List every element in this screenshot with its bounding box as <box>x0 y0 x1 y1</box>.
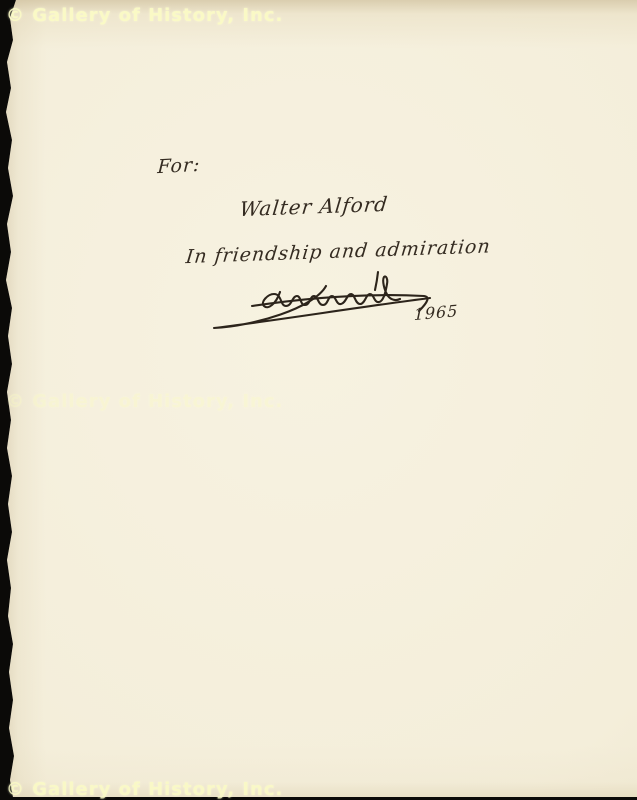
autograph-page-paper <box>0 0 637 800</box>
signature-scrawl <box>206 256 442 340</box>
inscription-year: 1965 <box>414 301 459 324</box>
scan-background: © Gallery of History, Inc. © Gallery of … <box>0 0 637 800</box>
inscription-dedication-prefix: For: <box>157 154 201 178</box>
